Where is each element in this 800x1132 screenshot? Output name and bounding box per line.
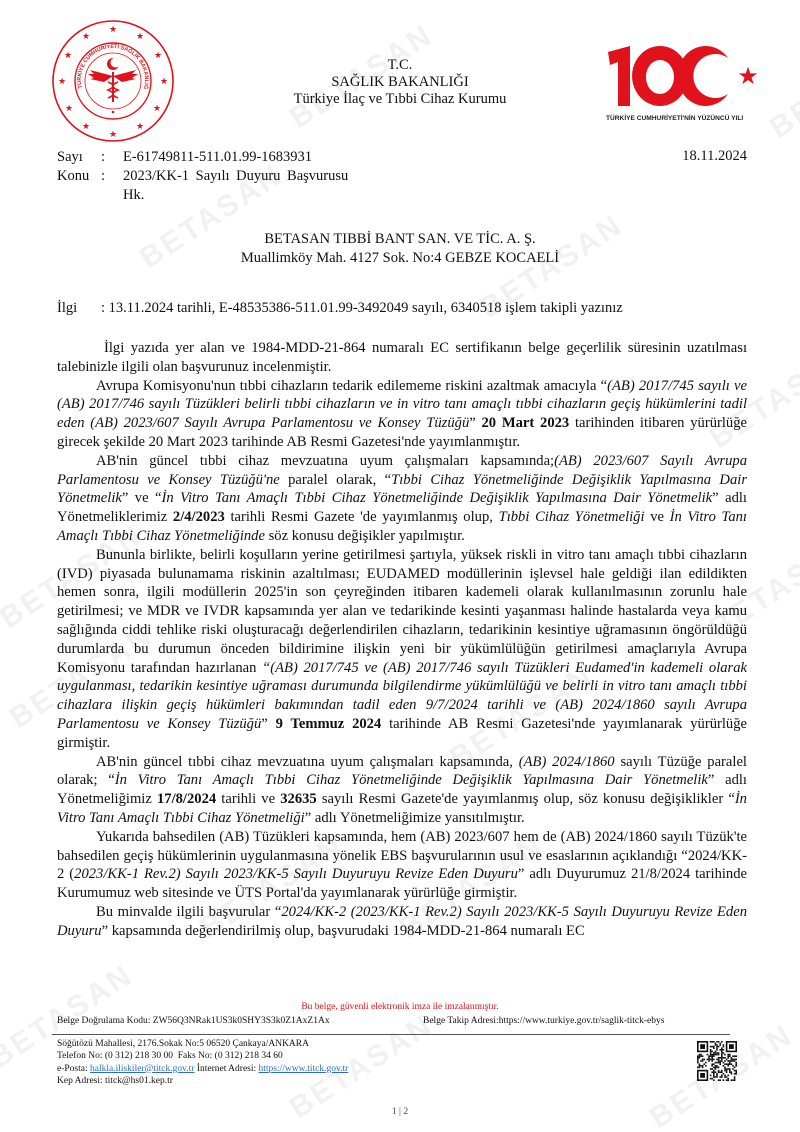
svg-text:TÜRKİYE CUMHURİYETİ'NİN YÜZÜNC: TÜRKİYE CUMHURİYETİ'NİN YÜZÜNCÜ YILI — [606, 113, 743, 122]
verification-code: Belge Doğrulama Kodu: ZW56Q3NRak1US3k0SH… — [57, 1016, 330, 1026]
ilgi-label: İlgi — [57, 300, 101, 317]
document-page: BETASAN BETASAN BETASAN BETASAN BETASAN … — [0, 0, 800, 1132]
footer-divider — [52, 1034, 730, 1035]
paragraph-2: Avrupa Komisyonu'nun tıbbi cihazların te… — [57, 377, 747, 452]
konu-label: Konu — [57, 167, 101, 186]
svg-text:★: ★ — [82, 121, 90, 131]
svg-text:★: ★ — [737, 64, 759, 90]
turkiye-100th-anniversary-logo-icon: ★ TÜRKİYE CUMHURİYETİ'NİN YÜZÜNCÜ YILI — [602, 44, 772, 124]
document-meta: Sayı : E-61749811-511.01.99-1683931 Konu… — [57, 148, 747, 205]
paragraph-1: İlgi yazıda yer alan ve 1984-MDD-21-864 … — [57, 339, 747, 377]
svg-text:★: ★ — [109, 129, 117, 139]
tracking-address: Belge Takip Adresi:https://www.turkiye.g… — [423, 1016, 664, 1026]
e-signature-notice: Bu belge, güvenli elektronik imza ile im… — [0, 1002, 800, 1012]
document-date: 18.11.2024 — [682, 148, 747, 165]
tracking-url[interactable]: https://www.turkiye.gov.tr/saglik-titck-… — [499, 1016, 665, 1026]
sayi-value: E-61749811-511.01.99-1683931 — [123, 148, 403, 167]
paragraph-7: Bu minvalde ilgili başvurular “2024/KK-2… — [57, 903, 747, 941]
paragraph-4: Bununla birlikte, belirli koşulların yer… — [57, 546, 747, 753]
svg-text:★: ★ — [82, 31, 90, 41]
footer-phone-fax: Telefon No: (0 312) 218 30 00 Faks No: (… — [57, 1050, 348, 1062]
website-link[interactable]: https://www.titck.gov.tr — [259, 1064, 349, 1074]
svg-text:★: ★ — [109, 24, 117, 34]
paragraph-5: AB'nin güncel tıbbi cihaz mevzuatına uyu… — [57, 753, 747, 828]
recipient-name: BETASAN TIBBİ BANT SAN. VE TİC. A. Ş. — [0, 230, 800, 249]
verification-code-value: ZW56Q3NRak1US3k0SHY3S3k0Z1AxZ1Ax — [153, 1016, 330, 1026]
paragraph-6: Yukarıda bahsedilen (AB) Tüzükleri kapsa… — [57, 828, 747, 903]
colon: : — [101, 148, 123, 167]
recipient-address: Muallimköy Mah. 4127 Sok. No:4 GEBZE KOC… — [0, 249, 800, 268]
recipient-block: BETASAN TIBBİ BANT SAN. VE TİC. A. Ş. Mu… — [0, 230, 800, 268]
ilgi-value: : 13.11.2024 tarihli, E-48535386-511.01.… — [101, 300, 623, 317]
konu-value-cont: Hk. — [123, 186, 403, 205]
konu-value: 2023/KK-1 Sayılı Duyuru Başvurusu — [123, 167, 403, 186]
qr-code-icon — [697, 1041, 737, 1081]
paragraph-3: AB'nin güncel tıbbi cihaz mevzuatına uyu… — [57, 452, 747, 546]
letter-body: İlgi yazıda yer alan ve 1984-MDD-21-864 … — [57, 339, 747, 941]
footer-email-web: e-Posta: halkla.iliskiler@titck.gov.tr İ… — [57, 1063, 348, 1075]
footer-address: Söğütözü Mahallesi, 2176.Sokak No:5 0652… — [57, 1038, 348, 1050]
reference-line: İlgi : 13.11.2024 tarihli, E-48535386-51… — [57, 300, 623, 317]
page-number: 1 | 2 — [0, 1107, 800, 1117]
sayi-label: Sayı — [57, 148, 101, 167]
footer-contact: Söğütözü Mahallesi, 2176.Sokak No:5 0652… — [57, 1038, 348, 1087]
svg-text:★: ★ — [136, 31, 144, 41]
email-link[interactable]: halkla.iliskiler@titck.gov.tr — [90, 1064, 194, 1074]
svg-text:★: ★ — [136, 121, 144, 131]
footer-kep: Kep Adresi: titck@hs01.kep.tr — [57, 1075, 348, 1087]
colon: : — [101, 167, 123, 186]
